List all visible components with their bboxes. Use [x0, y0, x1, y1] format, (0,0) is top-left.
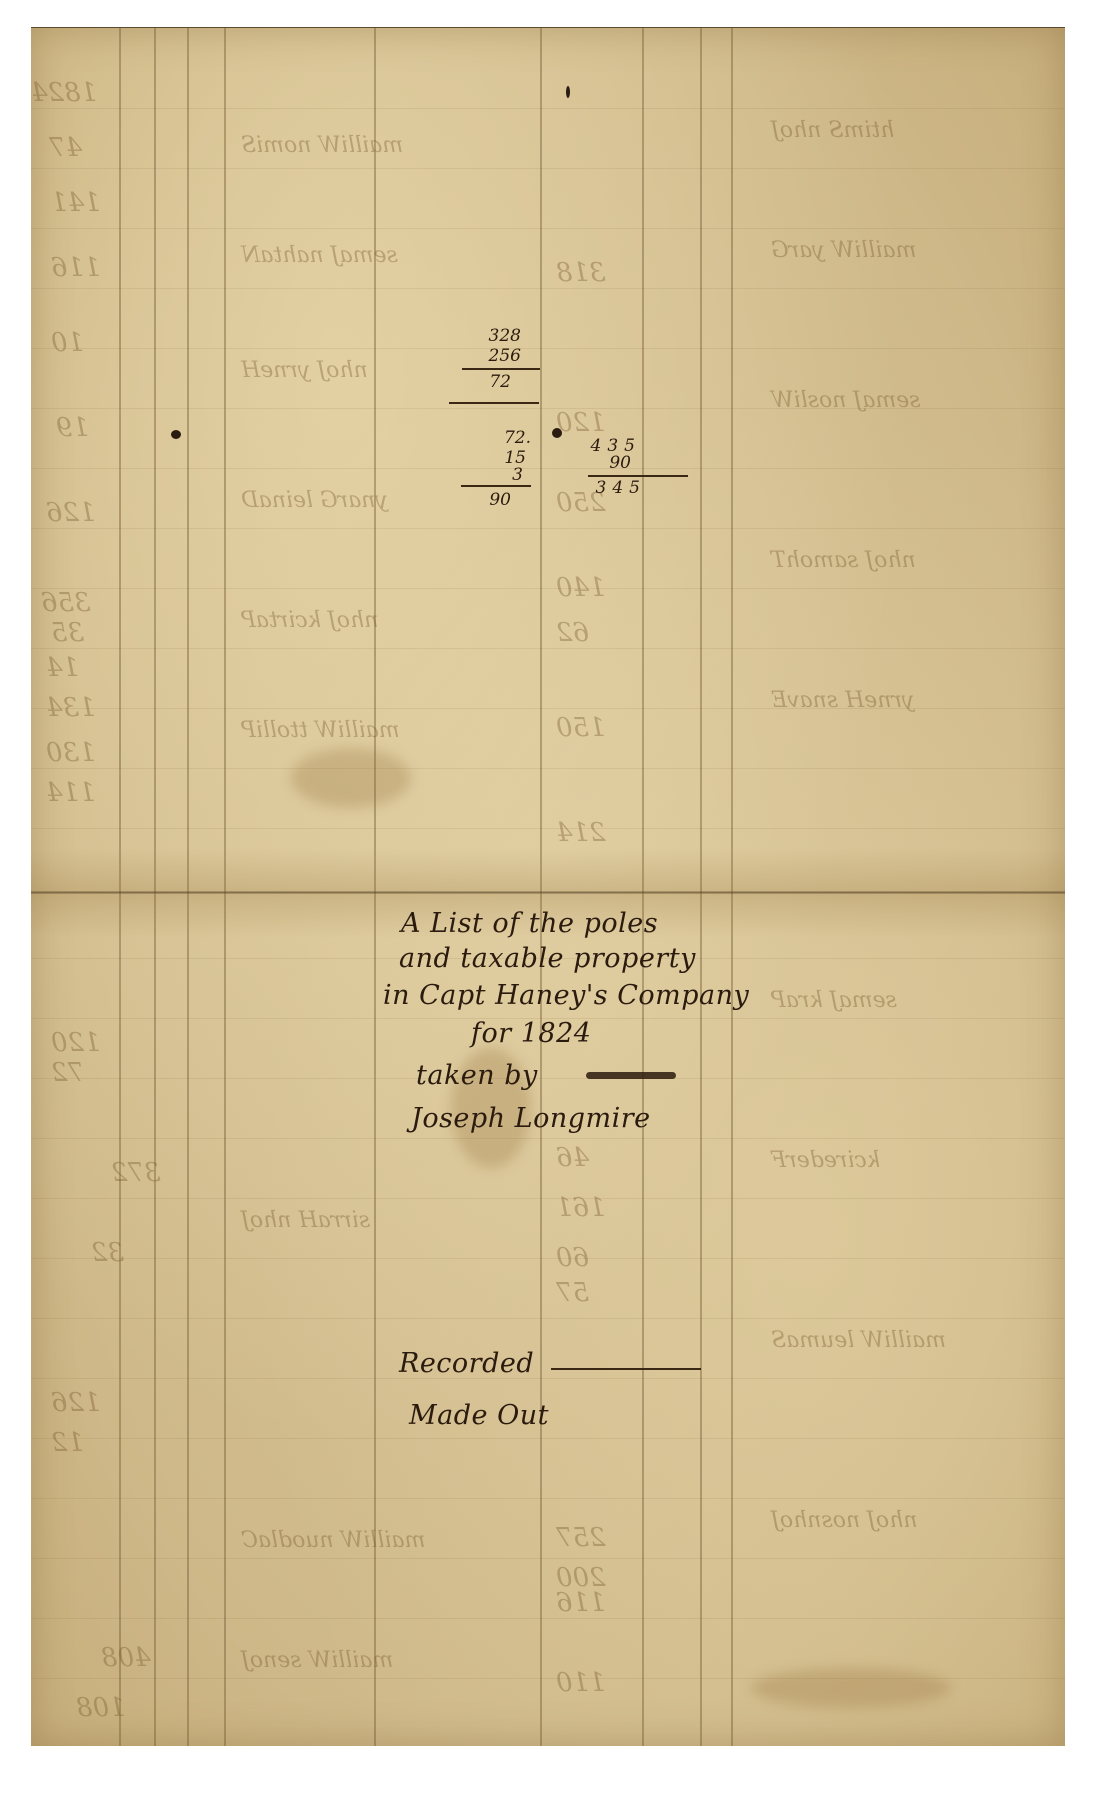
endorsement-line-2: and taxable property [399, 943, 696, 974]
endorsement-line-3: in Capt Haney's Company [383, 980, 749, 1011]
ink-blot [566, 86, 570, 98]
struck-out-word [586, 1072, 676, 1079]
fold-crease [31, 891, 1065, 894]
endorsement-line-4: for 1824 [471, 1018, 591, 1049]
endorsement-line-1: A List of the poles [401, 908, 658, 939]
endorsement-line-5: taken by [416, 1060, 538, 1091]
ink-blot [552, 428, 562, 438]
endorsement-signature: Joseph Longmire [411, 1103, 651, 1134]
made-out-note: Made Out [409, 1400, 549, 1431]
ink-blot [171, 430, 181, 439]
bleed-number: 1824 [31, 78, 97, 108]
document-sheet: 1824 47 141 116 10 19 126 356 35 14 134 … [31, 27, 1065, 1746]
recorded-dash [551, 1368, 701, 1370]
recorded-note: Recorded [399, 1348, 534, 1379]
